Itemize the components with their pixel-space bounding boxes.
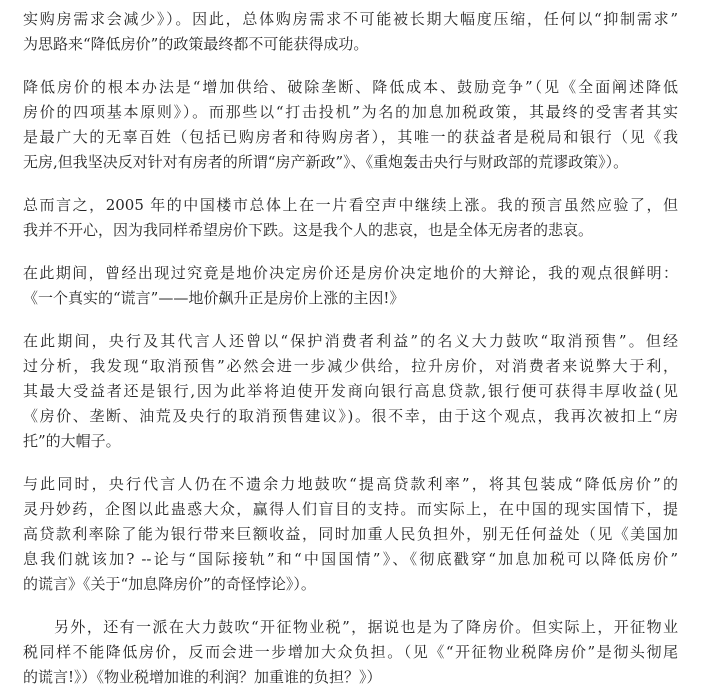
paragraph: 在此期间，央行及其代言人还曾以“保护消费者利益”的名义大力鼓吹“取消预售”。但经… [23, 329, 678, 454]
text-line: 高贷款利率除了能为银行带来巨额收益，同时加重人民负担外，别无任何益处（见《美国加 [23, 522, 678, 547]
text-line: 税同样不能降低房价，反而会进一步增加大众负担。（见《“开征物业税降房价”是彻头彻… [23, 640, 678, 665]
text-line: 实购房需求会减少》）。因此，总体购房需求不可能被长期大幅度压缩，任何以“抑制需求… [23, 7, 678, 32]
text-line: 过分析，我发现“取消预售”必然会进一步减少供给，拉升房价，对消费者来说弊大于利， [23, 354, 678, 379]
text-line: 为思路来“降低房价”的政策最终都不可能获得成功。 [23, 32, 678, 57]
text-line: 的谎言》《关于“加息降房价”的奇怪悖论》）。 [23, 572, 678, 597]
text-line: 其最大受益者还是银行,因为此举将迫使开发商向银行高息贷款,银行便可获得丰厚收益(… [23, 379, 678, 404]
paragraph: 另外，还有一派在大力鼓吹“开征物业税”，据说也是为了降房价。但实际上，开征物业税… [23, 615, 678, 687]
text-line: 《房价、垄断、油荒及央行的取消预售建议》)。很不幸，由于这个观点，我再次被扣上“… [23, 404, 678, 429]
text-line: 《一个真实的“谎言”——地价飙升正是房价上涨的主因!》 [23, 286, 678, 311]
text-line: 灵丹妙药，企图以此蛊惑大众，赢得人们盲目的支持。而实际上，在中国的现实国情下，提 [23, 497, 678, 522]
text-line: 房价的四项基本原则》）。而那些以“打击投机”为名的加息加税政策，其最终的受害者其… [23, 100, 678, 125]
text-line: 与此同时，央行代言人仍在不遗余力地鼓吹“提高贷款利率”，将其包装成“降低房价”的 [23, 472, 678, 497]
text-line: 我并不开心，因为我同样希望房价下跌。这是我个人的悲哀，也是全体无房者的悲哀。 [23, 218, 678, 243]
text-line: 的谎言!》）《物业税增加谁的利润？加重谁的负担？》） [23, 665, 678, 687]
paragraph: 总而言之，2005 年的中国楼市总体上在一片看空声中继续上涨。我的预言虽然应验了… [23, 193, 678, 243]
text-line: 在此期间，央行及其代言人还曾以“保护消费者利益”的名义大力鼓吹“取消预售”。但经 [23, 329, 678, 354]
text-line: 另外，还有一派在大力鼓吹“开征物业税”，据说也是为了降房价。但实际上，开征物业 [23, 615, 678, 640]
paragraph: 降低房价的根本办法是“增加供给、破除垄断、降低成本、鼓励竞争”（见《全面阐述降低… [23, 75, 678, 175]
text-line: 托”的大帽子。 [23, 429, 678, 454]
text-line: 降低房价的根本办法是“增加供给、破除垄断、降低成本、鼓励竞争”（见《全面阐述降低 [23, 75, 678, 100]
paragraph: 与此同时，央行代言人仍在不遗余力地鼓吹“提高贷款利率”，将其包装成“降低房价”的… [23, 472, 678, 597]
paragraph: 在此期间，曾经出现过究竟是地价决定房价还是房价决定地价的大辩论，我的观点很鲜明：… [23, 261, 678, 311]
text-line: 总而言之，2005 年的中国楼市总体上在一片看空声中继续上涨。我的预言虽然应验了… [23, 193, 678, 218]
text-line: 息我们就该加? --论与“国际接轨”和“中国国情”》、《彻底戳穿“加息加税可以降… [23, 547, 678, 572]
text-line: 在此期间，曾经出现过究竟是地价决定房价还是房价决定地价的大辩论，我的观点很鲜明： [23, 261, 678, 286]
document-body: 实购房需求会减少》）。因此，总体购房需求不可能被长期大幅度压缩，任何以“抑制需求… [0, 0, 704, 687]
text-line: 无房,但我坚决反对针对有房者的所谓“房产新政”》、《重炮轰击央行与财政部的荒谬政… [23, 150, 678, 175]
paragraph: 实购房需求会减少》）。因此，总体购房需求不可能被长期大幅度压缩，任何以“抑制需求… [23, 7, 678, 57]
text-line: 是最广大的无辜百姓（包括已购房者和待购房者），其唯一的获益者是税局和银行（见《我 [23, 125, 678, 150]
